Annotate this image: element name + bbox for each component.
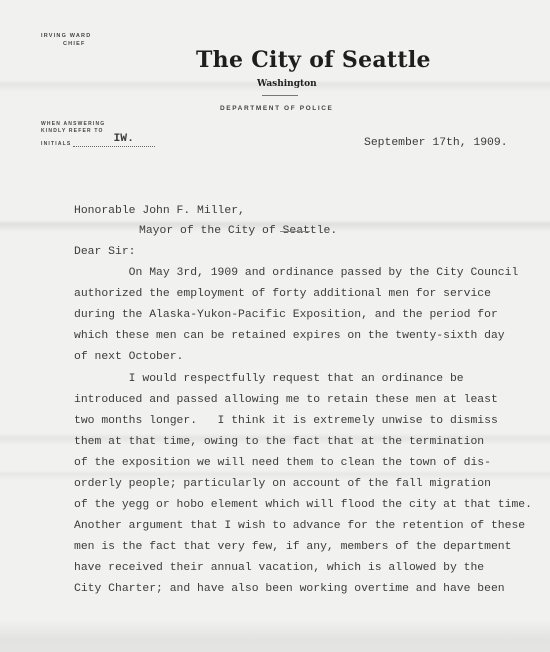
body-line: which these men can be retained expires … <box>74 330 505 342</box>
body-line: Another argument that I wish to advance … <box>74 520 525 532</box>
initials-value: IW. <box>113 133 134 145</box>
initials-label: Initials <box>41 141 71 147</box>
body-line: orderly people; particularly on account … <box>74 478 491 490</box>
body-line: them at that time, owing to the fact tha… <box>74 436 484 448</box>
body-line: authorized the employment of forty addit… <box>74 288 491 300</box>
letterhead-subtitle: Washington <box>257 79 317 89</box>
body-line: On May 3rd, 1909 and ordinance passed by… <box>74 267 518 279</box>
salutation: Dear Sir: <box>74 246 136 258</box>
chief-name: Irving Ward <box>41 33 91 39</box>
reference-line-1: When answering <box>41 121 105 127</box>
body-line: of the exposition we will need them to c… <box>74 457 491 469</box>
body-line: introduced and passed allowing me to ret… <box>74 394 498 406</box>
body-line: of the yegg or hobo element which will f… <box>74 499 532 511</box>
body-line: I would respectfully request that an ord… <box>74 373 464 385</box>
letterhead-title: The City of Seattle <box>196 47 431 73</box>
strike-line <box>280 231 310 232</box>
body-line: have received their annual vacation, whi… <box>74 562 484 574</box>
letter-date: September 17th, 1909. <box>364 137 508 149</box>
chief-title: Chief <box>63 41 86 47</box>
body-line: of next October. <box>74 351 183 363</box>
body-line: men is the fact that very few, if any, m… <box>74 541 511 553</box>
body-line: City Charter; and have also been working… <box>74 583 505 595</box>
letterhead-divider <box>262 95 298 96</box>
body-line: two months longer. I think it is extreme… <box>74 415 498 427</box>
initials-line: IW. <box>73 137 155 147</box>
body-line: during the Alaska-Yukon-Pacific Expositi… <box>74 309 498 321</box>
initials-field: Initials IW. <box>41 137 155 147</box>
reference-line-2: kindly refer to <box>41 128 104 134</box>
department-name: Department of Police <box>220 105 334 112</box>
recipient-name: Honorable John F. Miller, <box>74 205 245 217</box>
